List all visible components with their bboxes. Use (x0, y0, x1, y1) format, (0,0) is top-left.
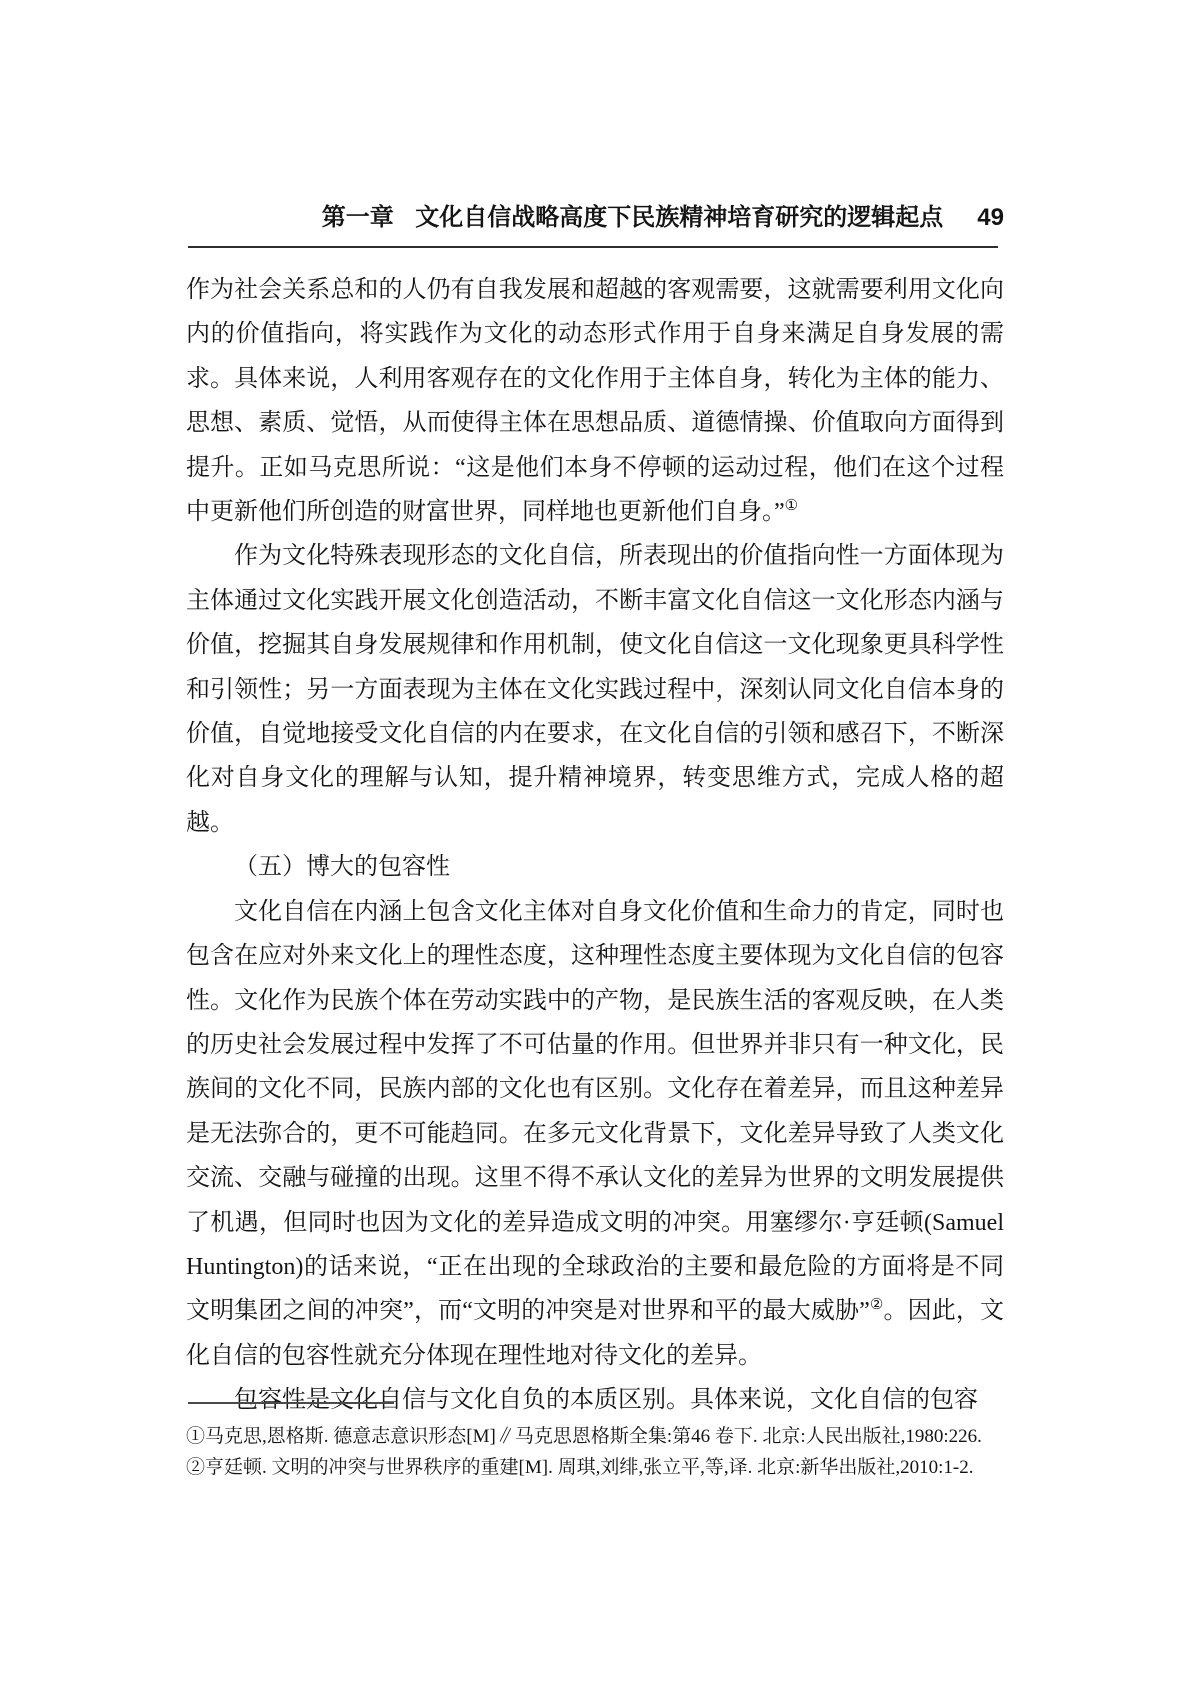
chapter-title: 文化自信战略高度下民族精神培育研究的逻辑起点 (415, 204, 943, 231)
book-page: { "page": { "number": "49", "header": { … (0, 0, 1190, 1684)
footnote-2-text: 亨廷顿. 文明的冲突与世界秩序的重建[M]. 周琪,刘绯,张立平,等,译. 北京… (205, 1457, 973, 1478)
section-heading: （五）博大的包容性 (186, 845, 1004, 889)
paragraph-3: 文化自信在内涵上包含文化主体对自身文化价值和生命力的肯定，同时也包含在应对外来文… (186, 890, 1004, 1378)
paragraph-1-text: 作为社会关系总和的人仍有自我发展和超越的客观需要，这就需要利用文化向内的价值指向… (186, 277, 1004, 525)
paragraph-4-text: 包容性是文化自信与文化自负的本质区别。具体来说，文化自信的包容 (234, 1387, 978, 1413)
paragraph-4: 包容性是文化自信与文化自负的本质区别。具体来说，文化自信的包容 (186, 1378, 1004, 1422)
footnote-ref-1: ① (785, 498, 798, 514)
page-header: 第一章文化自信战略高度下民族精神培育研究的逻辑起点49 (186, 197, 1004, 232)
body-text: 作为社会关系总和的人仍有自我发展和超越的客观需要，这就需要利用文化向内的价值指向… (186, 268, 1004, 1423)
header-rule (188, 246, 998, 248)
footnotes: ①马克思,恩格斯. 德意志意识形态[M]∥马克思恩格斯全集:第46 卷下. 北京… (186, 1421, 1004, 1483)
footnote-item-1: ①马克思,恩格斯. 德意志意识形态[M]∥马克思恩格斯全集:第46 卷下. 北京… (186, 1421, 1004, 1452)
footnote-1-marker: ① (186, 1426, 205, 1447)
paragraph-3-text-before: 文化自信在内涵上包含文化主体对自身文化价值和生命力的肯定，同时也包含在应对外来文… (186, 899, 1004, 1325)
page-number: 49 (977, 204, 1004, 231)
footnote-2-marker: ② (186, 1457, 205, 1478)
paragraph-2-text: 作为文化特殊表现形态的文化自信，所表现出的价值指向性一方面体现为主体通过文化实践… (186, 543, 1004, 835)
paragraph-1: 作为社会关系总和的人仍有自我发展和超越的客观需要，这就需要利用文化向内的价值指向… (186, 268, 1004, 534)
footnote-1-text: 马克思,恩格斯. 德意志意识形态[M]∥马克思恩格斯全集:第46 卷下. 北京:… (205, 1426, 982, 1447)
footnote-divider (188, 1402, 394, 1404)
footnote-item-2: ②亨廷顿. 文明的冲突与世界秩序的重建[M]. 周琪,刘绯,张立平,等,译. 北… (186, 1452, 1004, 1483)
footnote-ref-2: ② (870, 1297, 884, 1313)
paragraph-2: 作为文化特殊表现形态的文化自信，所表现出的价值指向性一方面体现为主体通过文化实践… (186, 534, 1004, 845)
chapter-label: 第一章 (322, 204, 394, 231)
